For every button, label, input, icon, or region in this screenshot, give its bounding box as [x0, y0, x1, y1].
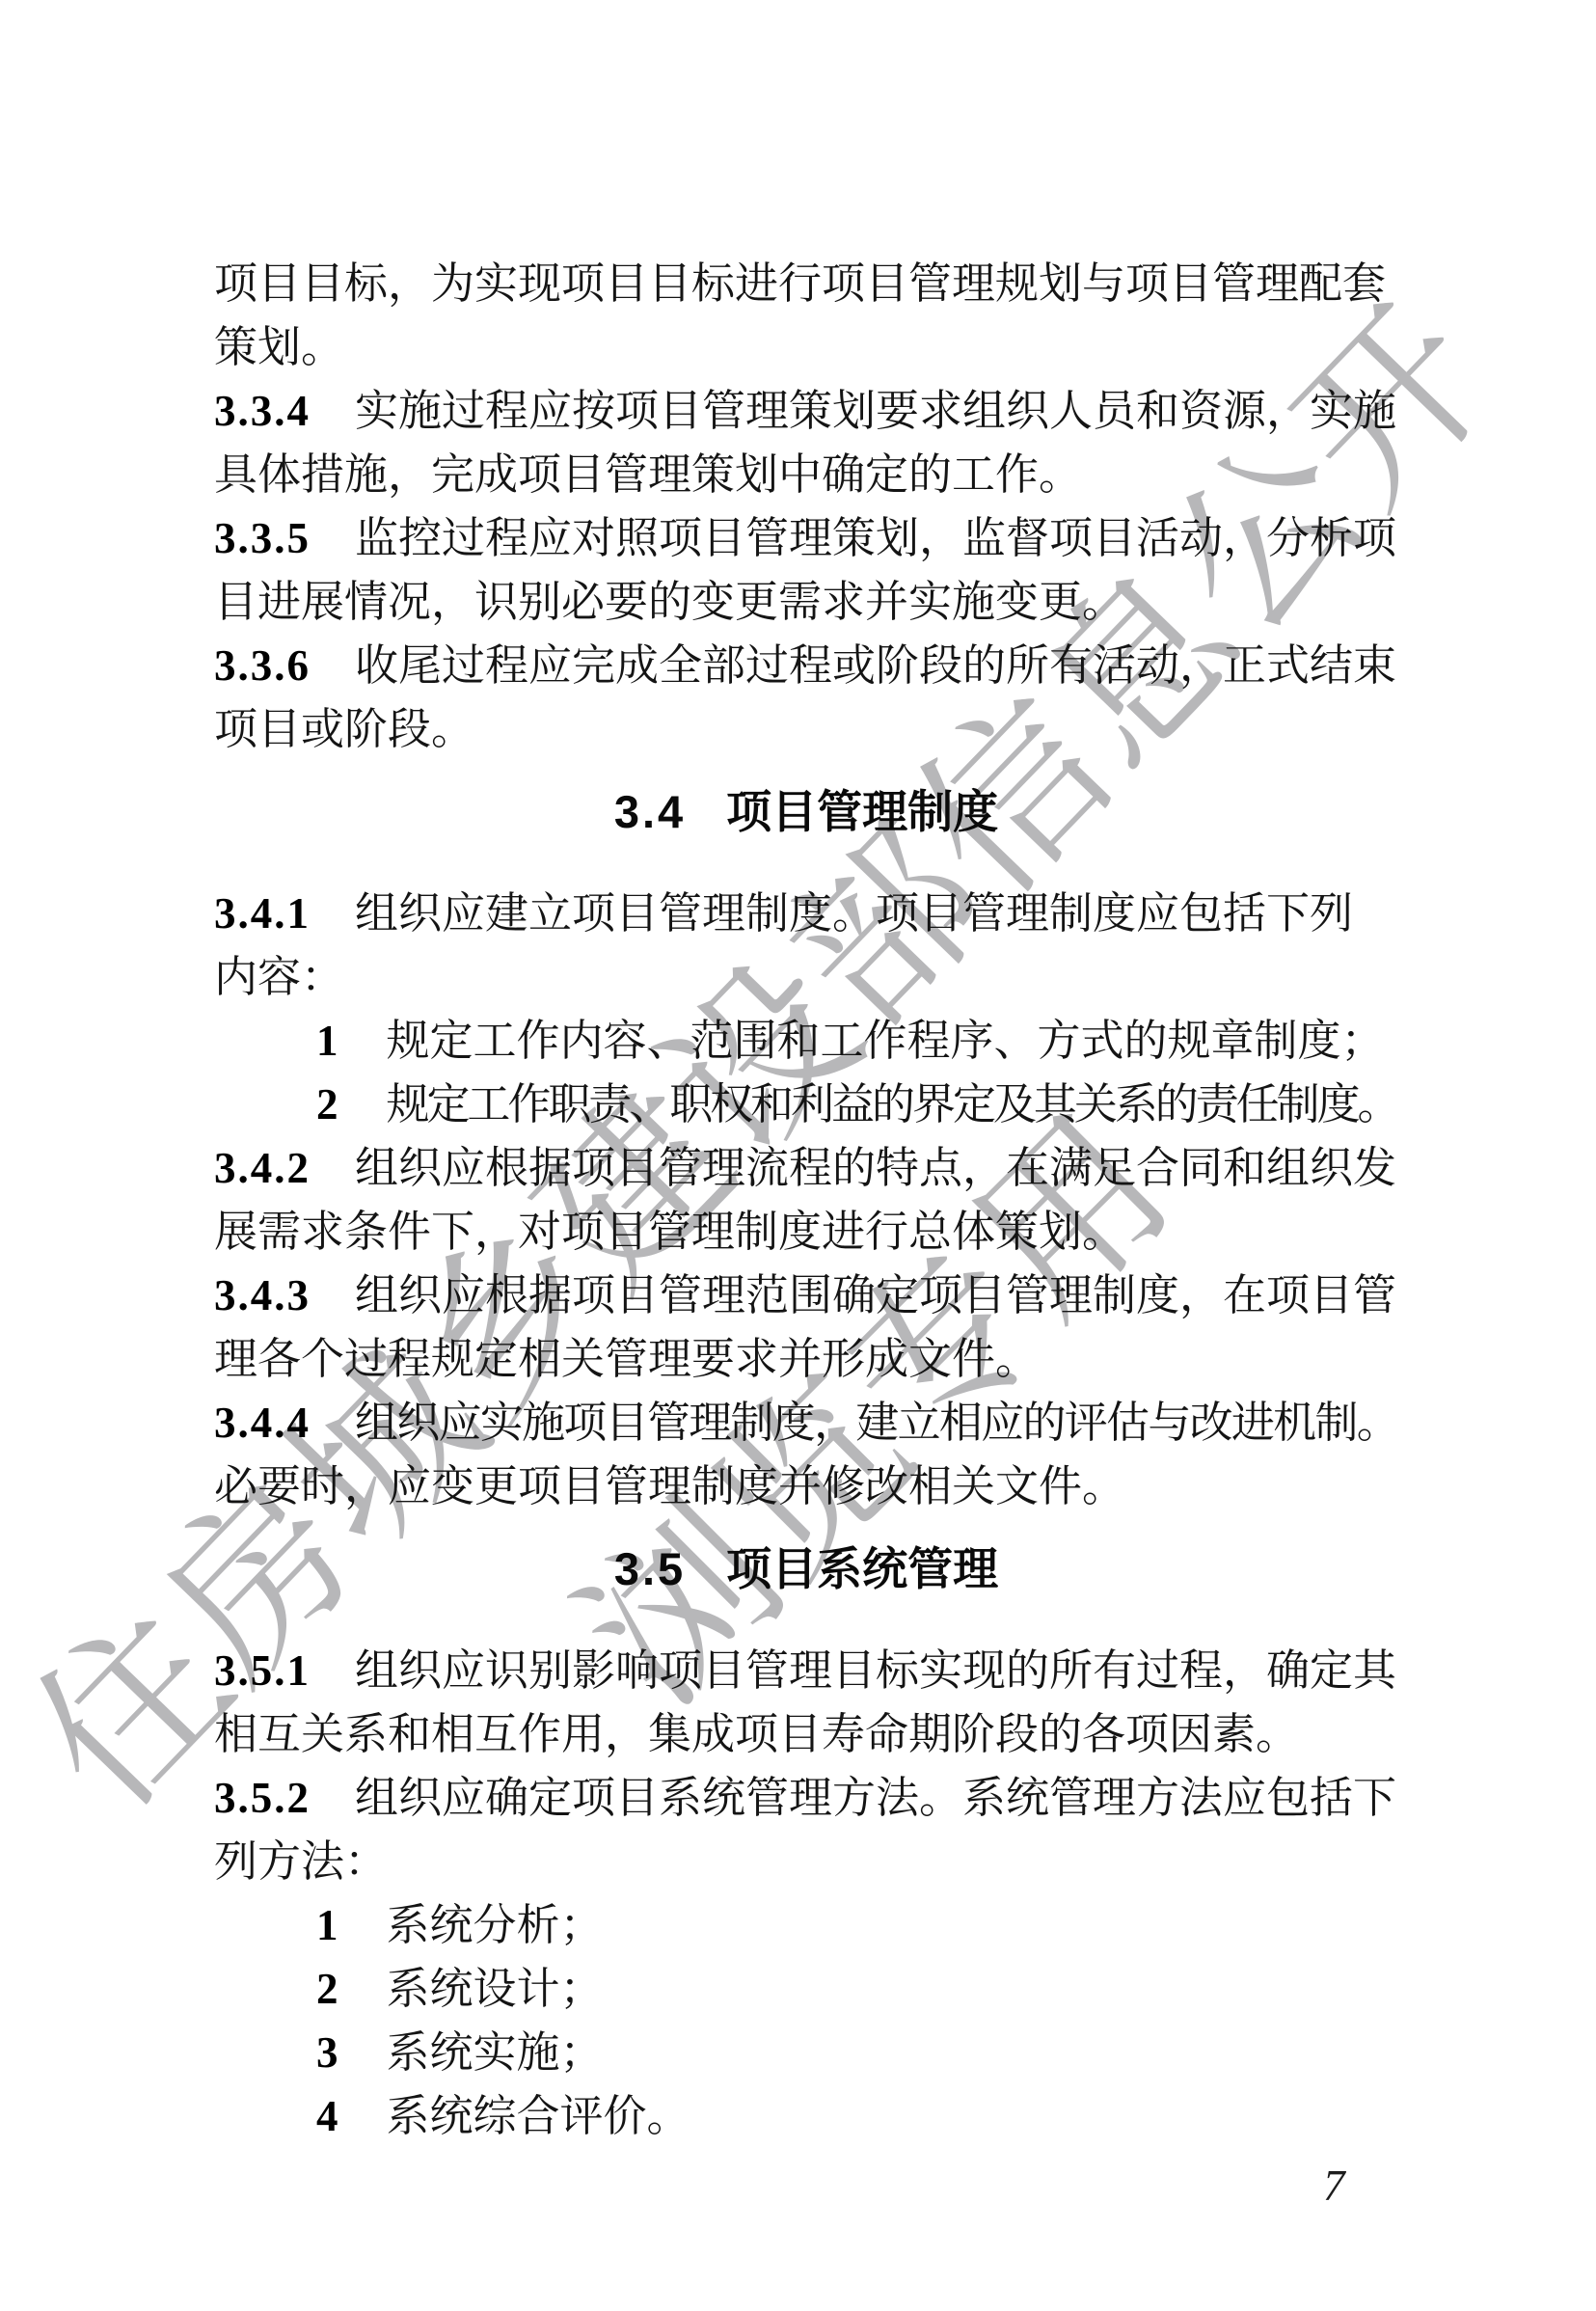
line-text: 组织应建立项目管理制度。项目管理制度应包括下列	[355, 889, 1353, 938]
line-text: 组织应实施项目管理制度，建立相应的评估与改进机制。	[355, 1399, 1398, 1447]
text-line: 3.4.4组织应实施项目管理制度，建立相应的评估与改进机制。	[214, 1391, 1398, 1455]
line-text: 项目管理制度	[726, 786, 998, 837]
text-line: 项目目标，为实现项目目标进行项目管理规划与项目管理配套	[214, 252, 1398, 315]
line-text: 理各个过程规定相关管理要求并形成文件。	[214, 1335, 1039, 1383]
clause-number: 3.3.4	[214, 387, 311, 435]
clause-number: 3.5.1	[214, 1646, 311, 1695]
line-text: 系统综合评价。	[387, 2092, 690, 2140]
clause-number: 3.4.2	[214, 1144, 311, 1192]
clause-number: 3	[316, 2028, 338, 2077]
line-text: 组织应确定项目系统管理方法。系统管理方法应包括下	[355, 1774, 1396, 1822]
section-heading: 3.4项目管理制度	[214, 780, 1398, 844]
document-page: 住房城乡建设部信息公开 浏览专用 项目目标，为实现项目目标进行项目管理规划与项目…	[0, 0, 1596, 2311]
clause-number: 3.3.5	[214, 514, 311, 562]
line-text: 相互关系和相互作用，集成项目寿命期阶段的各项因素。	[214, 1710, 1299, 1758]
line-text: 项目或阶段。	[214, 705, 474, 753]
text-line: 3.3.6收尾过程应完成全部过程或阶段的所有活动，正式结束	[214, 634, 1398, 697]
text-line: 3.3.5监控过程应对照项目管理策划，监督项目活动，分析项	[214, 506, 1398, 570]
line-text: 目进展情况，识别必要的变更需求并实施变更。	[214, 578, 1125, 626]
page-number: 7	[1323, 2161, 1345, 2211]
line-text: 内容：	[214, 953, 344, 1001]
text-line: 目进展情况，识别必要的变更需求并实施变更。	[214, 570, 1398, 634]
text-line: 3.4.1组织应建立项目管理制度。项目管理制度应包括下列	[214, 882, 1398, 945]
text-line: 项目或阶段。	[214, 697, 1398, 761]
line-text: 列方法：	[214, 1837, 388, 1886]
text-line: 内容：	[214, 945, 1398, 1009]
line-text: 项目系统管理	[726, 1543, 998, 1594]
section-number: 3.4	[614, 786, 686, 837]
text-line: 列方法：	[214, 1830, 1398, 1893]
clause-number: 2	[316, 1965, 338, 2013]
clause-number: 4	[316, 2092, 338, 2140]
line-text: 项目目标，为实现项目目标进行项目管理规划与项目管理配套	[214, 259, 1386, 308]
line-text: 系统分析；	[387, 1901, 604, 1949]
section-heading: 3.5项目系统管理	[214, 1537, 1398, 1601]
clause-number: 2	[316, 1080, 338, 1128]
clause-number: 3.4.4	[214, 1399, 311, 1447]
line-text: 组织应识别影响项目管理目标实现的所有过程，确定其	[355, 1646, 1396, 1695]
clause-number: 3.5.2	[214, 1774, 311, 1822]
text-line: 3.4.2组织应根据项目管理流程的特点，在满足合同和组织发	[214, 1136, 1398, 1200]
text-line: 1系统分析；	[214, 1893, 1398, 1957]
text-line: 1规定工作内容、范围和工作程序、方式的规章制度；	[214, 1009, 1398, 1073]
text-line: 2系统设计；	[214, 1957, 1398, 2021]
line-text: 监控过程应对照项目管理策划，监督项目活动，分析项	[355, 514, 1396, 562]
text-line: 展需求条件下，对项目管理制度进行总体策划。	[214, 1200, 1398, 1264]
line-text: 必要时，应变更项目管理制度并修改相关文件。	[214, 1462, 1125, 1510]
line-text: 系统设计；	[387, 1965, 604, 2013]
clause-number: 1	[316, 1017, 338, 1065]
text-line: 必要时，应变更项目管理制度并修改相关文件。	[214, 1455, 1398, 1518]
text-line: 3.5.1组织应识别影响项目管理目标实现的所有过程，确定其	[214, 1639, 1398, 1702]
line-text: 策划。	[214, 323, 344, 371]
text-line: 2规定工作职责、职权和利益的界定及其关系的责任制度。	[214, 1073, 1398, 1136]
clause-number: 3.4.3	[214, 1271, 311, 1319]
text-line: 3.5.2组织应确定项目系统管理方法。系统管理方法应包括下	[214, 1766, 1398, 1830]
text-line: 理各个过程规定相关管理要求并形成文件。	[214, 1327, 1398, 1391]
line-text: 展需求条件下，对项目管理制度进行总体策划。	[214, 1208, 1125, 1256]
line-text: 组织应根据项目管理范围确定项目管理制度，在项目管	[355, 1271, 1396, 1319]
text-line: 3.3.4实施过程应按项目管理策划要求组织人员和资源，实施	[214, 379, 1398, 443]
text-line: 3系统实施；	[214, 2021, 1398, 2084]
line-text: 规定工作职责、职权和利益的界定及其关系的责任制度。	[387, 1080, 1398, 1128]
line-text: 组织应根据项目管理流程的特点，在满足合同和组织发	[355, 1144, 1396, 1192]
line-text: 实施过程应按项目管理策划要求组织人员和资源，实施	[355, 387, 1396, 435]
line-text: 系统实施；	[387, 2028, 604, 2077]
clause-number: 3.3.6	[214, 641, 311, 690]
line-text: 规定工作内容、范围和工作程序、方式的规章制度；	[387, 1017, 1385, 1065]
text-line: 3.4.3组织应根据项目管理范围确定项目管理制度，在项目管	[214, 1264, 1398, 1327]
text-line: 策划。	[214, 315, 1398, 379]
text-line: 4系统综合评价。	[214, 2084, 1398, 2148]
section-number: 3.5	[614, 1543, 686, 1594]
clause-number: 1	[316, 1901, 338, 1949]
text-line: 相互关系和相互作用，集成项目寿命期阶段的各项因素。	[214, 1702, 1398, 1766]
document-body: 项目目标，为实现项目目标进行项目管理规划与项目管理配套策划。3.3.4实施过程应…	[214, 252, 1398, 2148]
line-text: 收尾过程应完成全部过程或阶段的所有活动，正式结束	[355, 641, 1396, 690]
clause-number: 3.4.1	[214, 889, 311, 938]
line-text: 具体措施，完成项目管理策划中确定的工作。	[214, 450, 1082, 499]
text-line: 具体措施，完成项目管理策划中确定的工作。	[214, 443, 1398, 506]
